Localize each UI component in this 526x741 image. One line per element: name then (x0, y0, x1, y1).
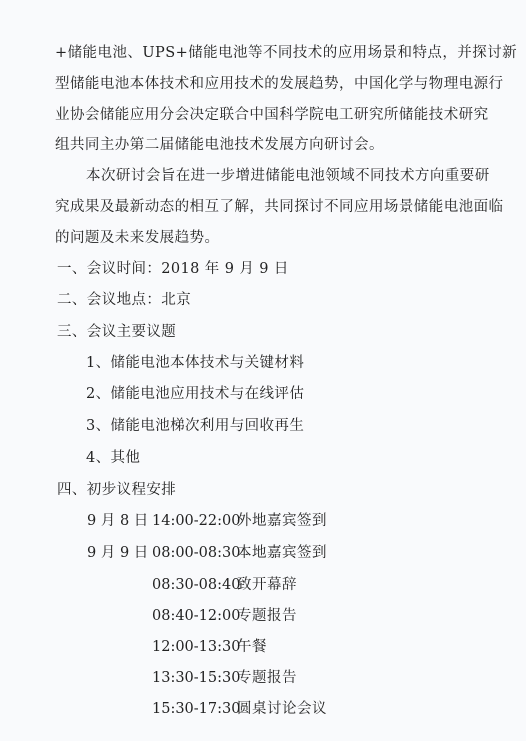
agenda-time: 08:40-12:00 (152, 606, 240, 626)
document-page: +储能电池、UPS+储能电池等不同技术的应用场景和特点，并探讨新 型储能电池本体… (0, 0, 526, 741)
purpose-line: 的问题及未来发展趋势。 (55, 228, 219, 248)
intro-line: 型储能电池本体技术和应用技术的发展趋势，中国化学与物理电源行 (55, 74, 504, 94)
meeting-location: 二、会议地点：北京 (57, 290, 191, 310)
agenda-item: 致开幕辞 (237, 575, 297, 595)
intro-line: 业协会储能应用分会决定联合中国科学院电工研究所储能技术研究 (55, 105, 489, 125)
agenda-item: 圆桌讨论会议 (237, 699, 327, 719)
agenda-item: 专题报告 (237, 606, 297, 626)
topic-item: 4、其他 (86, 448, 140, 468)
agenda-time: 14:00-22:00 (152, 511, 240, 531)
agenda-date: 9 月 8 日 (87, 511, 148, 531)
topic-item: 1、储能电池本体技术与关键材料 (86, 353, 304, 373)
agenda-item: 专题报告 (237, 668, 297, 688)
topic-item: 2、储能电池应用技术与在线评估 (86, 384, 304, 404)
intro-line: +储能电池、UPS+储能电池等不同技术的应用场景和特点，并探讨新 (55, 43, 517, 63)
agenda-item: 本地嘉宾签到 (237, 543, 327, 563)
agenda-item: 外地嘉宾签到 (237, 511, 327, 531)
agenda-time: 08:30-08:40 (152, 575, 240, 595)
topics-heading: 三、会议主要议题 (57, 322, 176, 342)
topic-item: 3、储能电池梯次利用与回收再生 (86, 416, 304, 436)
intro-line: 组共同主办第二届储能电池技术发展方向研讨会。 (55, 135, 384, 155)
agenda-time: 12:00-13:30 (152, 637, 240, 657)
agenda-date: 9 月 9 日 (87, 543, 148, 563)
purpose-line: 究成果及最新动态的相互了解，共同探讨不同应用场景储能电池面临 (55, 197, 504, 217)
agenda-item: 午餐 (237, 637, 267, 657)
agenda-time: 08:00-08:30 (152, 543, 240, 563)
agenda-time: 13:30-15:30 (152, 668, 240, 688)
agenda-heading: 四、初步议程安排 (57, 480, 176, 500)
agenda-time: 15:30-17:30 (152, 699, 240, 719)
meeting-time: 一、会议时间：2018 年 9 月 9 日 (57, 259, 289, 279)
purpose-line: 本次研讨会旨在进一步增进储能电池领域不同技术方向重要研 (86, 166, 490, 186)
